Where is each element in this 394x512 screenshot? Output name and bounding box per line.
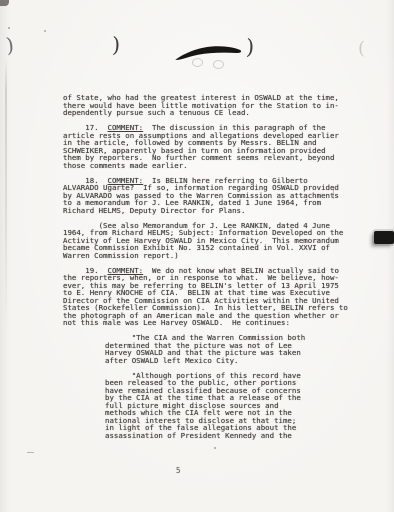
scan-edge-streak bbox=[5, 58, 7, 328]
paragraph-belin-quote-1: "The CIA and the Warren Commission bothd… bbox=[105, 334, 363, 364]
paragraph-comment-18: 18. COMMENT: Is BELIN here referring to … bbox=[63, 177, 363, 215]
ink-blot-right-edge bbox=[374, 231, 394, 244]
scan-speck bbox=[214, 447, 216, 449]
paragraph-comment-19: 19. COMMENT: We do not know what BELIN a… bbox=[63, 267, 363, 327]
scan-speck bbox=[8, 27, 10, 29]
scan-speck-corner bbox=[0, 0, 9, 6]
paragraph-comment-17: 17. COMMENT: The discussion in this para… bbox=[63, 124, 363, 169]
page-number: 5 bbox=[176, 466, 181, 475]
typed-line: not this male was Lee Harvey OSWALD. He … bbox=[63, 319, 363, 327]
pen-paren-mark-top-left: ) bbox=[112, 33, 121, 57]
paragraph-belin-quote-2: "Although portions of this record havebe… bbox=[105, 372, 363, 440]
pen-paren-mark-left-margin: ) bbox=[5, 33, 15, 58]
typed-line: Richard HELMS, Deputy Director for Plans… bbox=[63, 207, 363, 215]
ink-scribble-mark bbox=[174, 42, 245, 64]
scan-dash-mark bbox=[27, 452, 34, 453]
typed-line: Warren Commission report.) bbox=[63, 252, 363, 260]
scan-ghost-ring bbox=[192, 58, 203, 67]
document-body: of State, who had the greatest interest … bbox=[63, 94, 363, 439]
scanned-document-page: ) ) ) ( of State, who had the greatest i… bbox=[0, 0, 394, 512]
typed-line: after OSWALD left Mexico City. bbox=[105, 357, 363, 365]
typed-line: assassination of President Kennedy and t… bbox=[105, 432, 363, 440]
paragraph-rankin-memo-note: (See also Memorandum for J. Lee RANKIN, … bbox=[63, 222, 363, 260]
pen-paren-mark-top-right: ) bbox=[245, 35, 254, 59]
pen-paren-mark-margin-right: ( bbox=[358, 38, 365, 59]
typed-line: dependently pursue such a tenuous CE lea… bbox=[63, 109, 363, 117]
scan-ghost-ring bbox=[213, 60, 224, 69]
scan-speck bbox=[44, 30, 46, 32]
typed-line: those comments made earlier. bbox=[63, 162, 363, 170]
paragraph-continuation-of-state: of State, who had the greatest interest … bbox=[63, 94, 363, 117]
